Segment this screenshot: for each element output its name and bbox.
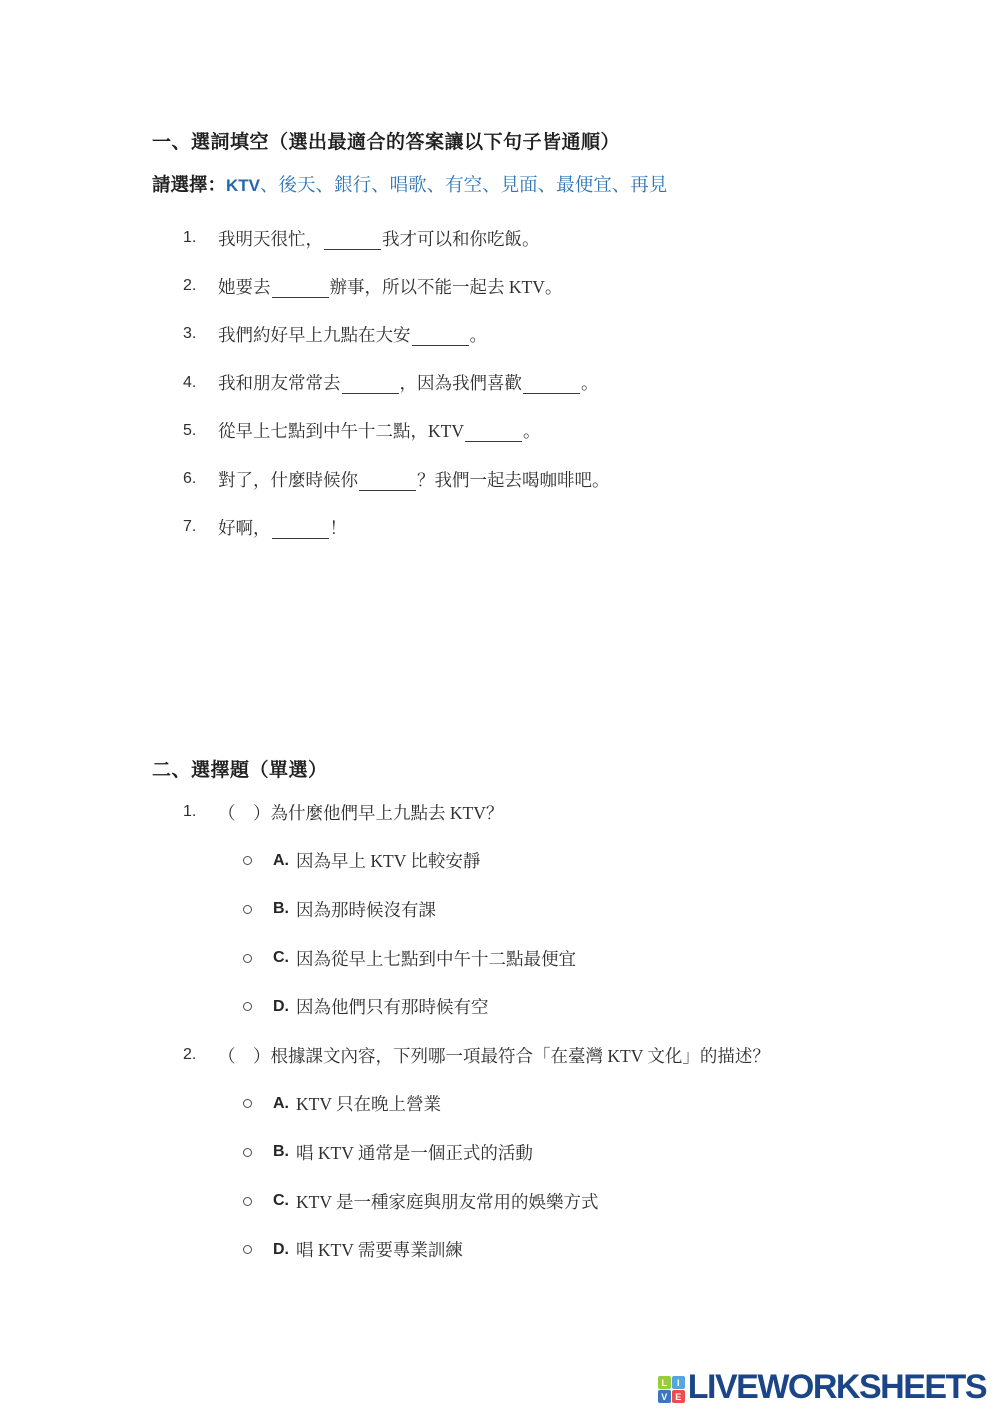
option-text: 唱 KTV 通常是一個正式的活動	[296, 1140, 533, 1165]
option-text: KTV 只在晚上營業	[296, 1091, 441, 1116]
option-letter: A.	[273, 1095, 289, 1113]
blank-field[interactable]	[465, 438, 522, 442]
option-letter: D.	[273, 1241, 289, 1259]
item-text: 從早上七點到中午十二點，KTV。	[218, 418, 540, 443]
option-row[interactable]: C. KTV 是一種家庭與朋友常用的娛樂方式	[183, 1177, 770, 1226]
option-row[interactable]: C. 因為從早上七點到中午十二點最便宜	[183, 934, 770, 983]
word-bank-item: 後天	[279, 176, 316, 196]
section1-title: 一、選詞填空（選出最適合的答案讓以下句子皆通順）	[152, 127, 620, 154]
radio-circle-icon[interactable]	[243, 905, 252, 914]
logo-tile-l: L	[658, 1376, 671, 1389]
word-bank-item: KTV	[226, 176, 260, 195]
option-letter: C.	[273, 1192, 289, 1210]
blank-field[interactable]	[342, 390, 399, 394]
question-stem: 1. （ ）為什麼他們早上九點去 KTV？	[183, 788, 770, 837]
fill-in-list: 1. 我明天很忙，我才可以和你吃飯。 2. 她要去辦事，所以不能一起去 KTV。…	[183, 214, 610, 551]
logo-tile-v: V	[658, 1390, 671, 1403]
blank-field[interactable]	[523, 390, 580, 394]
option-row[interactable]: B. 因為那時候沒有課	[183, 885, 770, 934]
radio-circle-icon[interactable]	[243, 954, 252, 963]
blank-field[interactable]	[324, 246, 381, 250]
option-text: 因為早上 KTV 比較安靜	[296, 848, 480, 873]
word-bank-separator: 、	[316, 176, 335, 196]
radio-circle-icon[interactable]	[243, 1148, 252, 1157]
radio-circle-icon[interactable]	[243, 1002, 252, 1011]
liveworksheets-logo-icon: L I V E	[658, 1376, 685, 1403]
option-row[interactable]: B. 唱 KTV 通常是一個正式的活動	[183, 1128, 770, 1177]
fill-item: 4. 我和朋友常常去，因為我們喜歡。	[183, 359, 610, 407]
brand-wordmark: LIVEWORKSHEETS	[688, 1368, 986, 1407]
liveworksheets-logo: L I V E LIVEWORKSHEETS	[658, 1368, 986, 1407]
item-number: 5.	[183, 422, 218, 440]
word-bank-separator: 、	[371, 176, 390, 196]
item-number: 7.	[183, 518, 218, 536]
item-number: 3.	[183, 325, 218, 343]
option-letter: C.	[273, 949, 289, 967]
word-bank-separator: 、	[427, 176, 446, 196]
option-text: 唱 KTV 需要專業訓練	[296, 1237, 463, 1262]
word-bank-item: 最便宜	[556, 176, 612, 196]
word-bank-separator: 、	[260, 176, 279, 196]
option-text: 因為那時候沒有課	[296, 897, 436, 922]
option-row[interactable]: A. 因為早上 KTV 比較安靜	[183, 837, 770, 886]
logo-tile-i: I	[672, 1376, 685, 1389]
fill-item: 5. 從早上七點到中午十二點，KTV。	[183, 407, 610, 455]
question-text: （ ）根據課文內容，下列哪一項最符合「在臺灣 KTV 文化」的描述？	[218, 1043, 770, 1068]
question-stem: 2. （ ）根據課文內容，下列哪一項最符合「在臺灣 KTV 文化」的描述？	[183, 1031, 770, 1080]
item-number: 2.	[183, 277, 218, 295]
blank-field[interactable]	[359, 487, 416, 491]
question-number: 2.	[183, 1046, 218, 1064]
word-bank-separator: 、	[482, 176, 501, 196]
item-text: 對了，什麼時候你？我們一起去喝咖啡吧。	[218, 467, 610, 492]
fill-item: 1. 我明天很忙，我才可以和你吃飯。	[183, 214, 610, 262]
word-bank-label: 請選擇：	[152, 176, 226, 196]
word-bank-item: 銀行	[334, 176, 371, 196]
word-bank: 請選擇：KTV、後天、銀行、唱歌、有空、見面、最便宜、再見	[152, 171, 667, 197]
word-bank-separator: 、	[538, 176, 557, 196]
radio-circle-icon[interactable]	[243, 1245, 252, 1254]
radio-circle-icon[interactable]	[243, 856, 252, 865]
option-row[interactable]: D. 唱 KTV 需要專業訓練	[183, 1225, 770, 1274]
multiple-choice-block: 1. （ ）為什麼他們早上九點去 KTV？ A. 因為早上 KTV 比較安靜 B…	[183, 788, 770, 1274]
item-number: 1.	[183, 229, 218, 247]
option-row[interactable]: A. KTV 只在晚上營業	[183, 1080, 770, 1129]
item-text: 我們約好早上九點在大安。	[218, 322, 487, 347]
word-bank-item: 見面	[501, 176, 538, 196]
radio-circle-icon[interactable]	[243, 1099, 252, 1108]
blank-field[interactable]	[272, 294, 329, 298]
fill-item: 3. 我們約好早上九點在大安。	[183, 310, 610, 358]
option-letter: D.	[273, 998, 289, 1016]
item-text: 她要去辦事，所以不能一起去 KTV。	[218, 274, 562, 299]
option-letter: A.	[273, 852, 289, 870]
option-text: 因為從早上七點到中午十二點最便宜	[296, 946, 576, 971]
option-row[interactable]: D. 因為他們只有那時候有空	[183, 982, 770, 1031]
fill-item: 7. 好啊，！	[183, 503, 610, 551]
blank-field[interactable]	[272, 535, 329, 539]
radio-circle-icon[interactable]	[243, 1197, 252, 1206]
fill-item: 6. 對了，什麼時候你？我們一起去喝咖啡吧。	[183, 455, 610, 503]
item-text: 我明天很忙，我才可以和你吃飯。	[218, 226, 540, 251]
section2-title: 二、選擇題（單選）	[152, 755, 328, 782]
word-bank-item: 再見	[630, 176, 667, 196]
item-text: 我和朋友常常去，因為我們喜歡。	[218, 370, 599, 395]
question-text: （ ）為什麼他們早上九點去 KTV？	[218, 800, 503, 825]
option-letter: B.	[273, 1143, 289, 1161]
worksheet-page: 一、選詞填空（選出最適合的答案讓以下句子皆通順） 請選擇：KTV、後天、銀行、唱…	[0, 0, 1000, 1414]
item-number: 4.	[183, 374, 218, 392]
item-text: 好啊，！	[218, 515, 347, 540]
word-bank-item: 唱歌	[390, 176, 427, 196]
option-text: KTV 是一種家庭與朋友常用的娛樂方式	[296, 1189, 599, 1214]
fill-item: 2. 她要去辦事，所以不能一起去 KTV。	[183, 262, 610, 310]
blank-field[interactable]	[412, 342, 469, 346]
question-number: 1.	[183, 803, 218, 821]
item-number: 6.	[183, 470, 218, 488]
option-text: 因為他們只有那時候有空	[296, 994, 489, 1019]
word-bank-separator: 、	[612, 176, 631, 196]
option-letter: B.	[273, 900, 289, 918]
logo-tile-e: E	[672, 1390, 685, 1403]
word-bank-item: 有空	[445, 176, 482, 196]
